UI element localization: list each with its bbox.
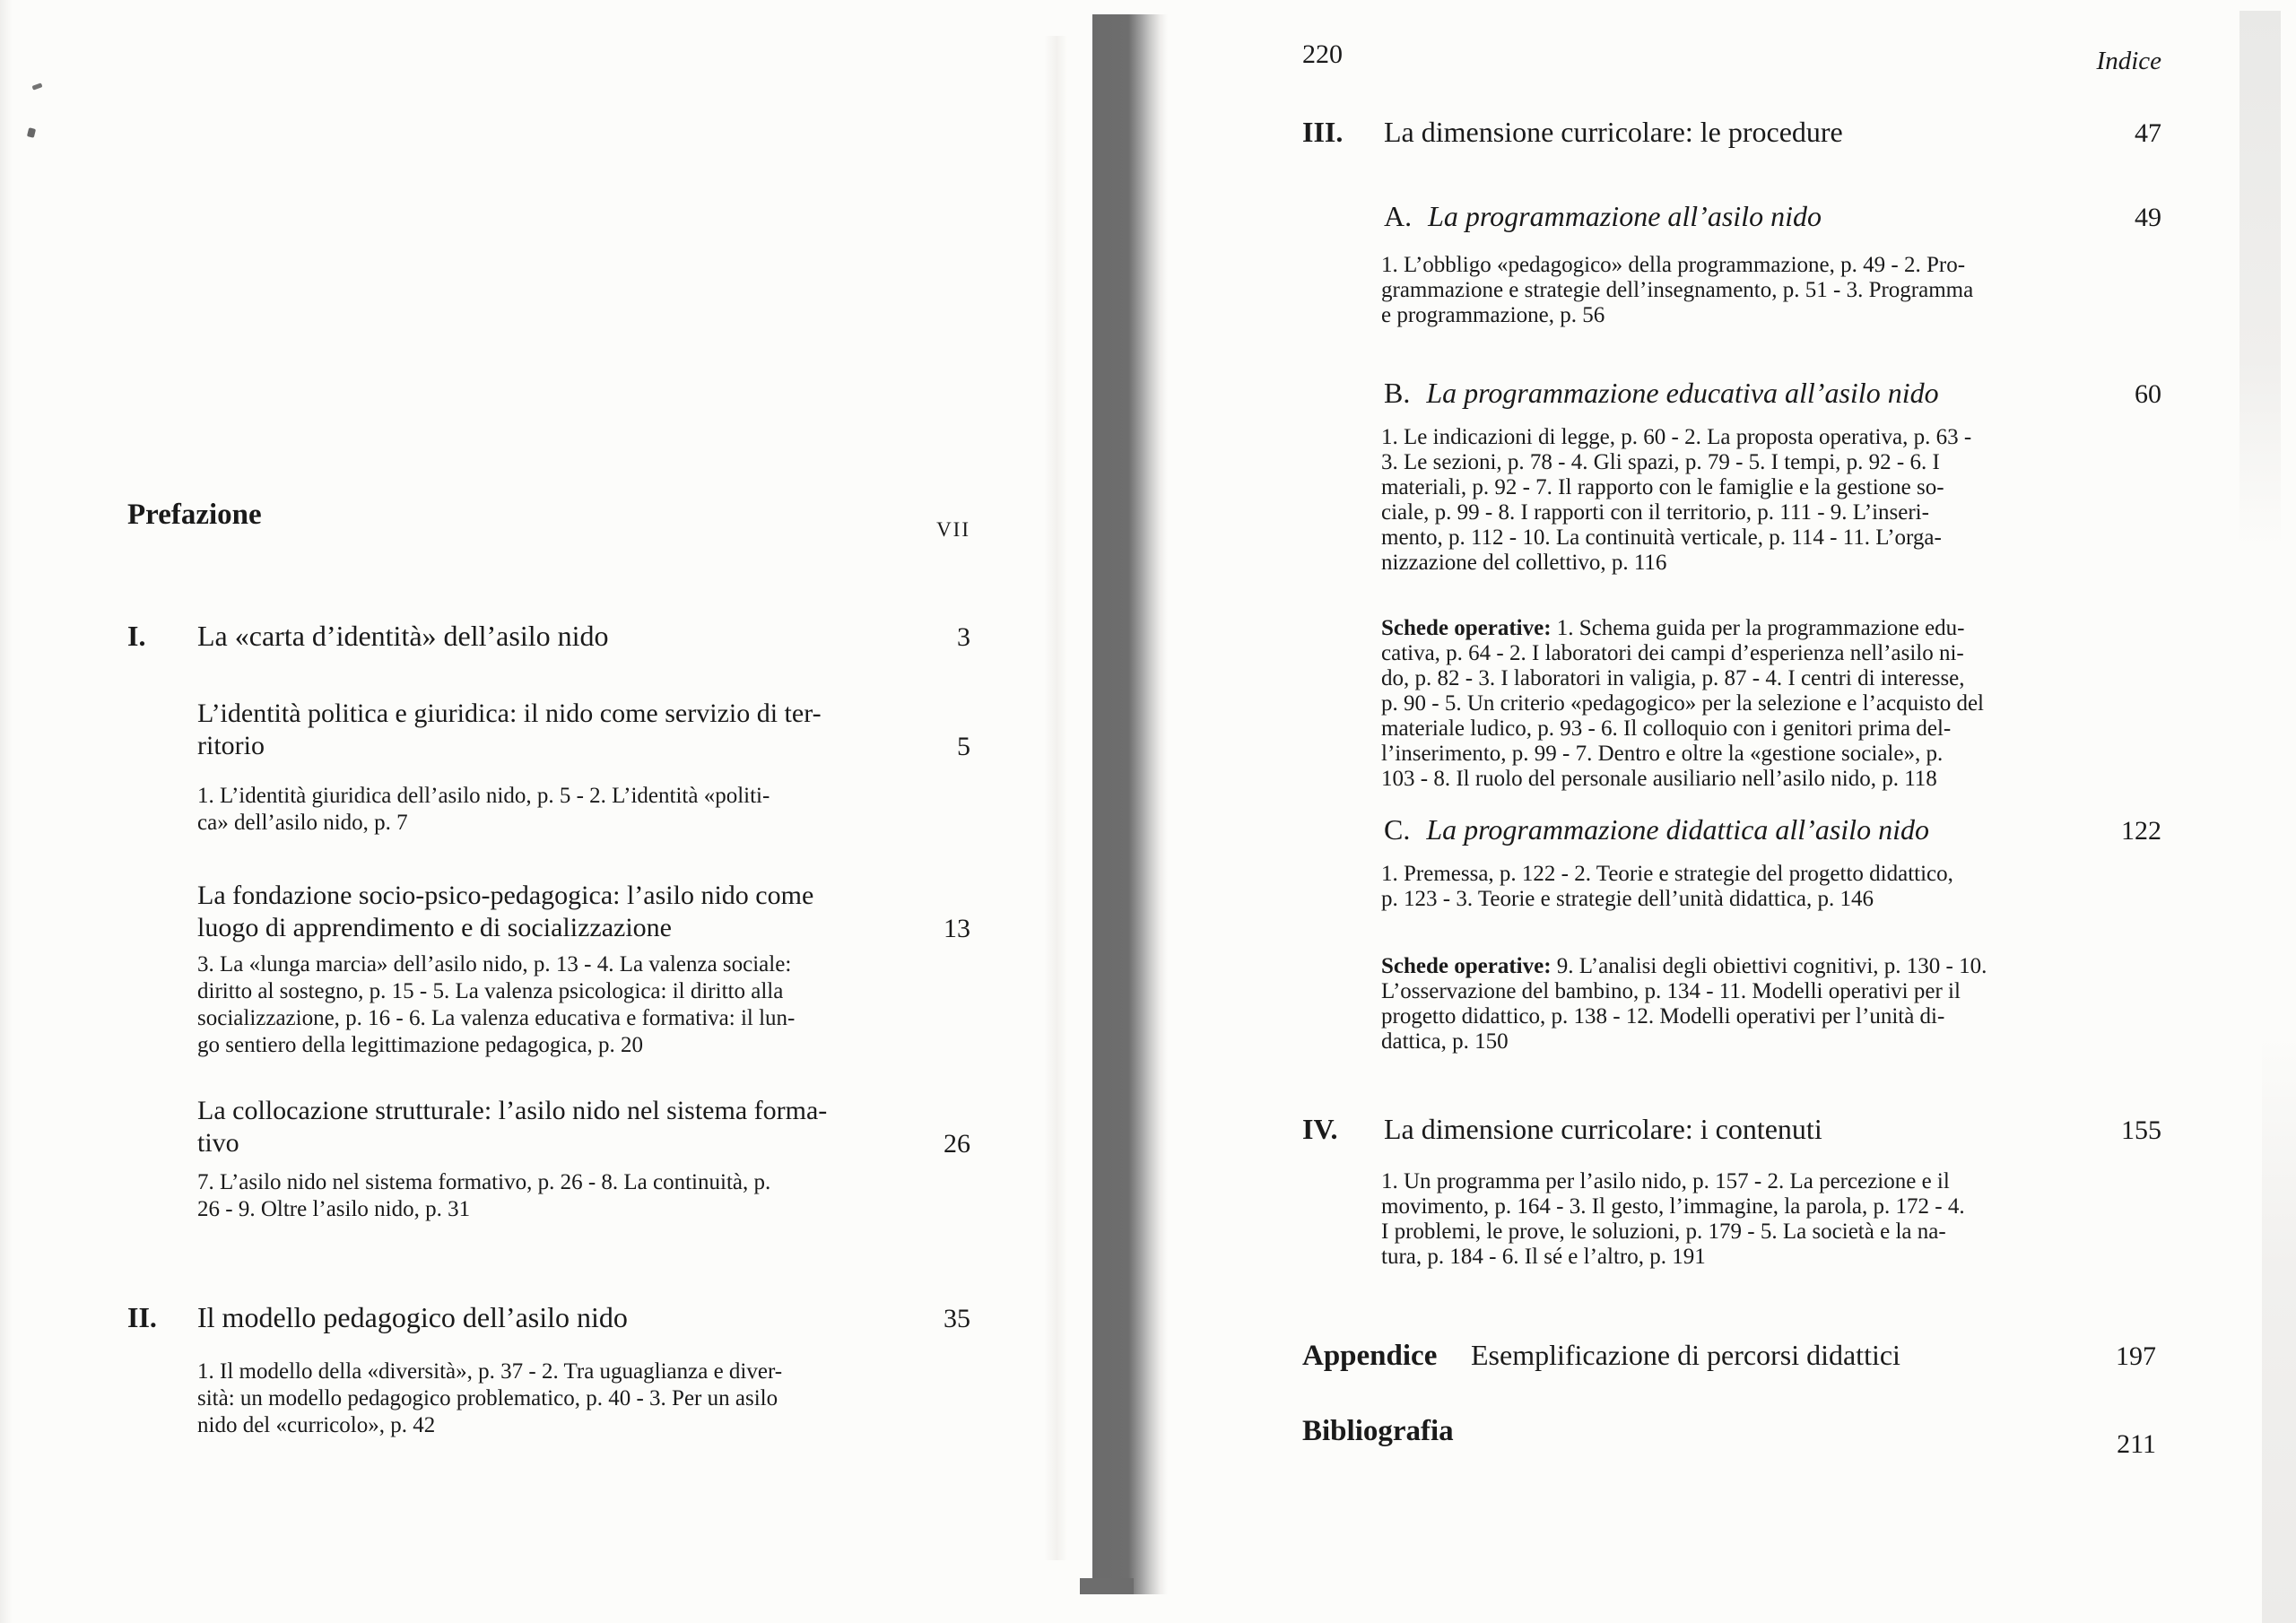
toc-chapter-1-row: I. La «carta d’identità» dell’asilo nido…: [127, 619, 970, 653]
subsection-a-page-number: 49: [2113, 203, 2161, 233]
toc-schede-operative: Schede operative: 9. L’analisi degli obi…: [1381, 929, 2103, 1055]
toc-subentries: 7. L’asilo nido nel sistema formativo, p…: [197, 1169, 922, 1223]
chapter-4-numeral: IV.: [1302, 1113, 1384, 1146]
section-page-number: 5: [935, 732, 970, 762]
right-edge-shadow-bottom: [2262, 1031, 2296, 1623]
gutter-faint-strip: [1044, 36, 1067, 1560]
toc-chapter-2-row: II. Il modello pedagogico dell’asilo nid…: [127, 1300, 970, 1334]
toc-subsection-a-row: A. La programmazione all’asilo nido 49: [1384, 199, 2161, 233]
left-edge-shadow: [0, 0, 13, 1623]
preface-label: Prefazione: [127, 499, 262, 532]
chapter-2-title: Il modello pedagogico dell’asilo nido: [197, 1300, 628, 1334]
folio-page-number: 220: [1302, 39, 1343, 70]
appendix-page-number: 197: [2094, 1341, 2156, 1372]
chapter-1-page-number: 3: [935, 622, 970, 653]
section-title: La collocazione strutturale: l’asilo nid…: [197, 1095, 827, 1159]
chapter-1-title: La «carta d’identità» dell’asilo nido: [197, 619, 609, 653]
scan-speck: [27, 127, 36, 138]
book-toc-scan: Prefazione VII I. La «carta d’identità» …: [0, 0, 2296, 1623]
chapter-4-page-number: 155: [2100, 1115, 2161, 1146]
chapter-4-title: La dimensione curricolare: i contenuti: [1384, 1112, 1822, 1146]
subsection-a-title: La programmazione all’asilo nido: [1428, 199, 1822, 233]
subsection-c-title: La programmazione didattica all’asilo ni…: [1426, 812, 1929, 846]
chapter-2-page-number: 35: [922, 1304, 970, 1334]
spine-shadow-foot: [1080, 1578, 1134, 1594]
subsection-b-letter: B.: [1384, 377, 1410, 410]
toc-section-row: La collocazione strutturale: l’asilo nid…: [197, 1095, 970, 1159]
toc-subentries: 1. Il modello della «diversità», p. 37 -…: [197, 1358, 922, 1439]
schede-operative-text: 1. Schema guida per la programmazione ed…: [1381, 616, 1984, 791]
subsection-c-page-number: 122: [2100, 816, 2161, 846]
preface-page-number: VII: [915, 518, 970, 542]
toc-appendix-row: Appendice Esemplificazione di percorsi d…: [1302, 1338, 2156, 1373]
toc-bibliography-row: Bibliografia 211: [1302, 1415, 2156, 1448]
page-header-row: 220 Indice: [1302, 39, 2161, 70]
toc-subentries: 3. La «lunga marcia» dell’asilo nido, p.…: [197, 951, 922, 1059]
toc-chapter-3-row: III. La dimensione curricolare: le proce…: [1302, 115, 2161, 149]
toc-chapter-4-row: IV. La dimensione curricolare: i contenu…: [1302, 1112, 2161, 1146]
subsection-b-page-number: 60: [2113, 379, 2161, 410]
toc-section-row: La fondazione socio-psico-pedagogica: l’…: [197, 880, 970, 944]
chapter-3-title: La dimensione curricolare: le procedure: [1384, 115, 1843, 149]
toc-subentries: 1. Un programma per l’asilo nido, p. 157…: [1381, 1169, 2103, 1270]
chapter-3-page-number: 47: [2113, 118, 2161, 149]
section-page-number: 13: [922, 914, 970, 944]
chapter-2-numeral: II.: [127, 1301, 197, 1334]
toc-section-row: L’identità politica e giuridica: il nido…: [197, 698, 970, 762]
toc-subentries: 1. Premessa, p. 122 - 2. Teorie e strate…: [1381, 862, 2103, 912]
section-title: La fondazione socio-psico-pedagogica: l’…: [197, 880, 813, 944]
toc-schede-operative: Schede operative: 1. Schema guida per la…: [1381, 591, 2103, 792]
subsection-b-title: La programmazione educativa all’asilo ni…: [1426, 376, 1938, 410]
spine-shadow: [1092, 14, 1168, 1594]
section-page-number: 26: [922, 1129, 970, 1159]
subsection-c-letter: C.: [1384, 813, 1410, 846]
schede-operative-label: Schede operative:: [1381, 954, 1552, 978]
bibliography-page-number: 211: [2095, 1429, 2156, 1460]
toc-subentries: 1. L’identità giuridica dell’asilo nido,…: [197, 783, 922, 837]
toc-subentries: 1. Le indicazioni di legge, p. 60 - 2. L…: [1381, 425, 2103, 576]
toc-subentries: 1. L’obbligo «pedagogico» della programm…: [1381, 253, 2103, 328]
appendix-title: Esemplificazione di percorsi didattici: [1471, 1338, 1900, 1372]
chapter-1-numeral: I.: [127, 620, 197, 653]
chapter-3-numeral: III.: [1302, 116, 1384, 149]
subsection-a-letter: A.: [1384, 200, 1412, 233]
toc-subsection-c-row: C. La programmazione didattica all’asilo…: [1384, 812, 2161, 846]
toc-subsection-b-row: B. La programmazione educativa all’asilo…: [1384, 376, 2161, 410]
right-edge-shadow-top: [2239, 11, 2281, 549]
bibliography-label: Bibliografia: [1302, 1415, 1471, 1448]
appendix-label: Appendice: [1302, 1340, 1471, 1373]
section-title: L’identità politica e giuridica: il nido…: [197, 698, 822, 762]
schede-operative-label: Schede operative:: [1381, 616, 1552, 640]
toc-preface-row: Prefazione VII: [127, 499, 970, 532]
running-header: Indice: [2075, 47, 2161, 77]
scan-speck: [31, 82, 42, 90]
